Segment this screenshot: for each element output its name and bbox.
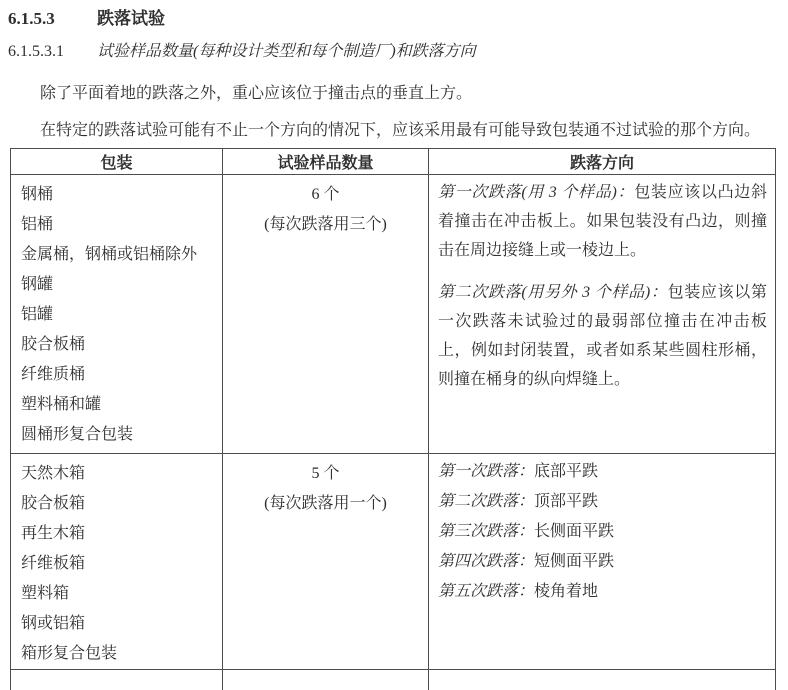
packaging-item: 胶合板箱 — [21, 489, 218, 519]
drop-direction-text: 短侧面平跌 — [534, 553, 614, 570]
section-number: 6.1.5.3 — [8, 8, 97, 30]
table-header-row: 包装 试验样品数量 跌落方向 — [11, 149, 776, 175]
drop-direction-text: 底部平跌 — [534, 463, 598, 480]
section-title: 跌落试验 — [97, 8, 165, 30]
drop-test-table: 包装 试验样品数量 跌落方向 钢桶铝桶金属桶，钢桶或铝桶除外钢罐铝罐胶合板桶纤维… — [10, 148, 776, 690]
packaging-item: 圆桶形复合包装 — [21, 420, 218, 450]
subsection-title: 试验样品数量(每种设计类型和每个制造厂)和跌落方向 — [97, 42, 476, 62]
packaging-item: 塑料箱 — [21, 579, 218, 609]
drop-direction-entry: 第一次跌落(用 3 个样品)：包装应该以凸边斜着撞击在冲击板上。如果包装没有凸边… — [438, 178, 767, 265]
packaging-item: 铝桶 — [21, 210, 218, 240]
sample-count-note: (每次跌落用三个) — [223, 210, 428, 240]
drop-direction-cell: 第一次跌落：底部平跌第二次跌落：顶部平跌第三次跌落：长侧面平跌第四次跌落：短侧面… — [429, 454, 776, 670]
drop-sequence-label: 第一次跌落： — [438, 463, 534, 480]
drop-sequence-label: 第三次跌落： — [438, 523, 534, 540]
sample-count-note: (每次跌落用一个) — [223, 489, 428, 519]
packaging-item: 纤维板箱 — [21, 549, 218, 579]
packaging-item: 塑料桶和罐 — [21, 390, 218, 420]
table-row-partial — [11, 670, 776, 690]
section-heading: 6.1.5.3 跌落试验 — [8, 8, 780, 30]
packaging-item: 钢或铝箱 — [21, 609, 218, 639]
sample-count: 5 个 — [223, 459, 428, 489]
drop-sequence-label: 第四次跌落： — [438, 553, 534, 570]
packaging-item: 金属桶，钢桶或铝桶除外 — [21, 240, 218, 270]
drop-sequence-label: 第一次跌落(用 3 个样品)： — [438, 184, 634, 201]
packaging-item: 箱形复合包装 — [21, 639, 218, 669]
drop-direction-entry: 第四次跌落：短侧面平跌 — [438, 547, 767, 577]
sample-count-cell: 5 个(每次跌落用一个) — [223, 454, 429, 670]
column-header-drop-direction: 跌落方向 — [429, 149, 776, 175]
subsection-number: 6.1.5.3.1 — [8, 42, 97, 62]
sample-count-cell: 6 个(每次跌落用三个) — [223, 175, 429, 454]
packaging-item: 天然木箱 — [21, 459, 218, 489]
packaging-cell — [11, 670, 223, 690]
drop-sequence-label: 第二次跌落： — [438, 493, 534, 510]
drop-direction-entry: 第五次跌落：棱角着地 — [438, 577, 767, 607]
drop-direction-cell: 第一次跌落(用 3 个样品)：包装应该以凸边斜着撞击在冲击板上。如果包装没有凸边… — [429, 175, 776, 454]
drop-direction-text: 顶部平跌 — [534, 493, 598, 510]
drop-direction-entry: 第一次跌落：底部平跌 — [438, 457, 767, 487]
packaging-cell: 天然木箱胶合板箱再生木箱纤维板箱塑料箱钢或铝箱箱形复合包装 — [11, 454, 223, 670]
drop-direction-entry: 第二次跌落(用另外 3 个样品)：包装应该以第一次跌落未试验过的最弱部位撞击在冲… — [438, 278, 767, 394]
drop-direction-text: 长侧面平跌 — [534, 523, 614, 540]
sample-count-cell — [223, 670, 429, 690]
subsection-heading: 6.1.5.3.1 试验样品数量(每种设计类型和每个制造厂)和跌落方向 — [8, 42, 780, 62]
packaging-item: 再生木箱 — [21, 519, 218, 549]
drop-sequence-label: 第二次跌落(用另外 3 个样品)： — [438, 284, 668, 301]
drop-direction-text: 棱角着地 — [534, 583, 598, 600]
packaging-item: 纤维质桶 — [21, 360, 218, 390]
packaging-cell: 钢桶铝桶金属桶，钢桶或铝桶除外钢罐铝罐胶合板桶纤维质桶塑料桶和罐圆桶形复合包装 — [11, 175, 223, 454]
column-header-sample-count: 试验样品数量 — [223, 149, 429, 175]
table-row-partial — [11, 670, 776, 690]
packaging-item: 铝罐 — [21, 300, 218, 330]
table-row: 钢桶铝桶金属桶，钢桶或铝桶除外钢罐铝罐胶合板桶纤维质桶塑料桶和罐圆桶形复合包装6… — [11, 175, 776, 454]
packaging-item: 钢罐 — [21, 270, 218, 300]
drop-direction-cell — [429, 670, 776, 690]
body-paragraph: 在特定的跌落试验可能有不止一个方向的情况下，应该采用最有可能导致包装通不过试验的… — [8, 116, 780, 146]
drop-direction-entry: 第二次跌落：顶部平跌 — [438, 487, 767, 517]
column-header-packaging: 包装 — [11, 149, 223, 175]
sample-count: 6 个 — [223, 180, 428, 210]
body-paragraph: 除了平面着地的跌落之外，重心应该位于撞击点的垂直上方。 — [8, 84, 780, 104]
drop-sequence-label: 第五次跌落： — [438, 583, 534, 600]
document-page: 6.1.5.3 跌落试验 6.1.5.3.1 试验样品数量(每种设计类型和每个制… — [0, 0, 788, 690]
packaging-item: 胶合板桶 — [21, 330, 218, 360]
table-row: 天然木箱胶合板箱再生木箱纤维板箱塑料箱钢或铝箱箱形复合包装5 个(每次跌落用一个… — [11, 454, 776, 670]
drop-direction-entry: 第三次跌落：长侧面平跌 — [438, 517, 767, 547]
packaging-item: 钢桶 — [21, 180, 218, 210]
